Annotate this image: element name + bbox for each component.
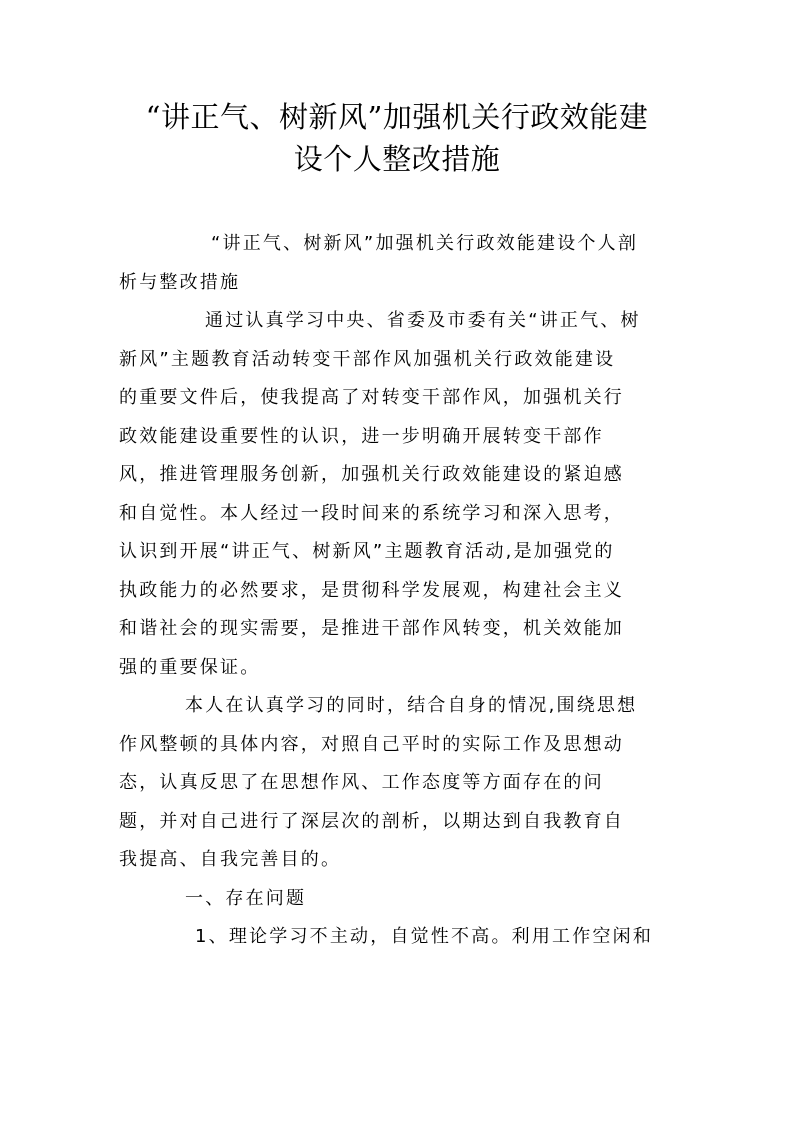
paragraph-1-line-3: 的重要文件后，使我提高了对转变干部作风，加强机关行: [119, 379, 679, 418]
item-1-line-1: 1、理论学习不主动，自觉性不高。利用工作空闲和: [119, 918, 679, 957]
paragraph-1-line-2: 新风”主题教育活动转变干部作风加强机关行政效能建设: [119, 341, 679, 380]
paragraph-2-line-3: 态，认真反思了在思想作风、工作态度等方面存在的问: [119, 764, 679, 803]
section-heading-problems: 一、存在问题: [119, 880, 679, 919]
document-title: “讲正气、树新风”加强机关行政效能建 设个人整改措施: [100, 96, 694, 180]
paragraph-1-line-4: 政效能建设重要性的认识，进一步明确开展转变干部作: [119, 418, 679, 457]
paragraph-1-line-6: 和自觉性。本人经过一段时间来的系统学习和深入思考，: [119, 495, 679, 534]
paragraph-2-line-1: 本人在认真学习的同时，结合自身的情况,围绕思想: [119, 687, 679, 726]
paragraph-1-line-7: 认识到开展“讲正气、树新风”主题教育活动,是加强党的: [119, 533, 679, 572]
title-line-1: “讲正气、树新风”加强机关行政效能建: [100, 96, 694, 138]
paragraph-2-line-5: 我提高、自我完善目的。: [119, 841, 679, 880]
paragraph-1-line-5: 风，推进管理服务创新，加强机关行政效能建设的紧迫感: [119, 456, 679, 495]
paragraph-2-line-2: 作风整顿的具体内容，对照自己平时的实际工作及思想动: [119, 726, 679, 765]
paragraph-1-line-8: 执政能力的必然要求，是贯彻科学发展观，构建社会主义: [119, 572, 679, 611]
paragraph-1-line-1: 通过认真学习中央、省委及市委有关“讲正气、树: [119, 302, 679, 341]
paragraph-1-line-10: 强的重要保证。: [119, 649, 679, 688]
title-line-2: 设个人整改措施: [100, 138, 694, 180]
paragraph-2-line-4: 题，并对自己进行了深层次的剖析，以期达到自我教育自: [119, 803, 679, 842]
document-page: “讲正气、树新风”加强机关行政效能建 设个人整改措施 “讲正气、树新风”加强机关…: [0, 0, 794, 1123]
subtitle-line-1: “讲正气、树新风”加强机关行政效能建设个人剖: [119, 225, 679, 264]
document-body: “讲正气、树新风”加强机关行政效能建设个人剖 析与整改措施 通过认真学习中央、省…: [119, 225, 679, 957]
paragraph-1-line-9: 和谐社会的现实需要，是推进干部作风转变，机关效能加: [119, 610, 679, 649]
subtitle-line-2: 析与整改措施: [119, 264, 679, 303]
